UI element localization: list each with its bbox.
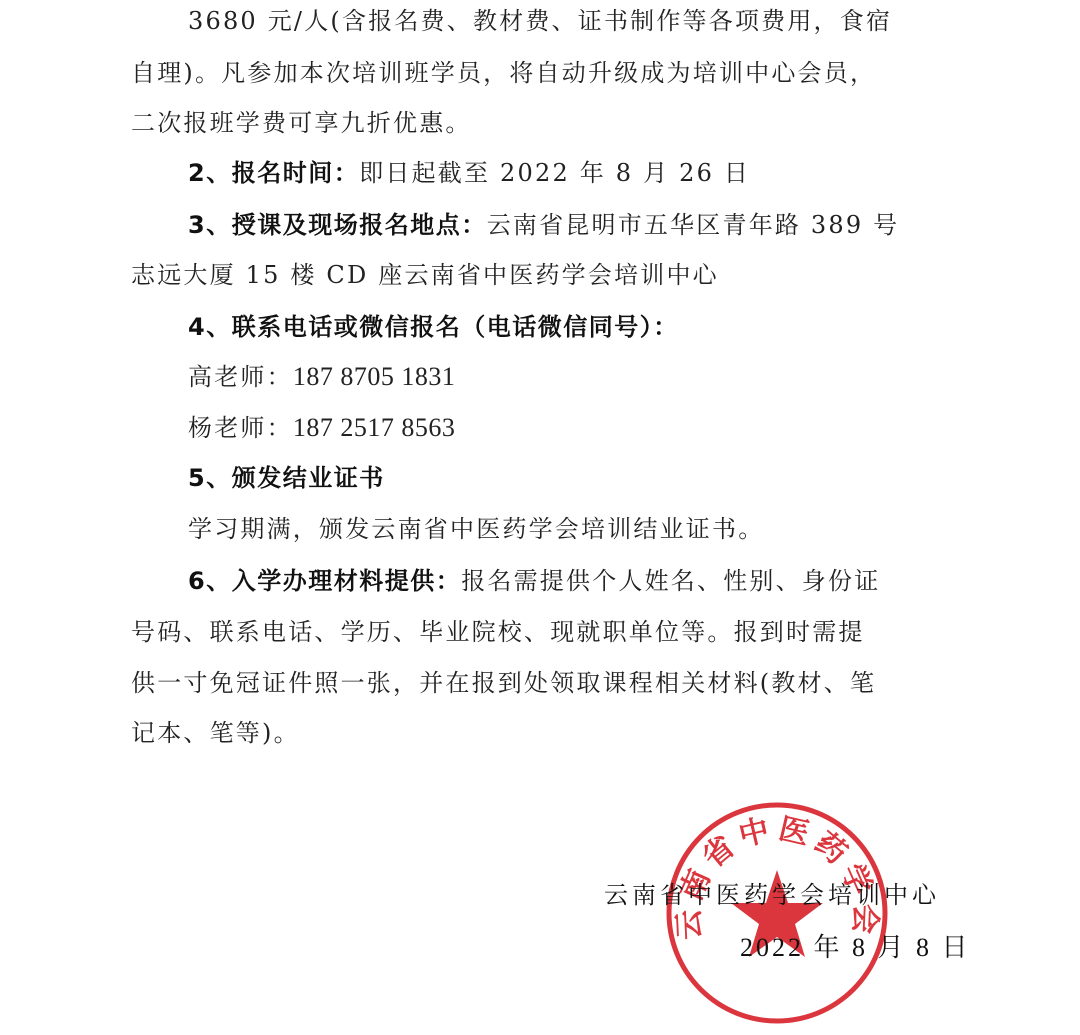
- signature-date: 2022 年 8 月 8 日: [740, 933, 971, 963]
- certificate-value: 学习期满，颁发云南省中医药学会培训结业证书。: [188, 514, 764, 544]
- location-value-line-1: 云南省昆明市五华区青年路 389 号: [487, 211, 900, 239]
- fee-line-1: 3680 元/人(含报名费、教材费、证书制作等各项费用，食宿: [188, 6, 892, 36]
- signature-organization: 云南省中医药学会培训中心: [604, 880, 940, 910]
- document-page: 3680 元/人(含报名费、教材费、证书制作等各项费用，食宿 自理)。凡参加本次…: [0, 0, 1080, 1035]
- official-seal-stamp: 云南省中医药学会: [664, 800, 890, 1026]
- registration-time-label: 2、报名时间：: [188, 159, 359, 187]
- contact-label: 4、联系电话或微信报名（电话微信同号）：: [188, 312, 679, 342]
- contact-row: 杨老师：187 2517 8563: [188, 413, 455, 443]
- materials-value-line-1: 报名需提供个人姓名、性别、身份证: [461, 567, 880, 595]
- fee-line-2: 自理)。凡参加本次培训班学员，将自动升级成为培训中心会员，: [131, 58, 876, 88]
- location-value-line-2: 志远大厦 15 楼 CD 座云南省中医药学会培训中心: [131, 260, 719, 290]
- materials-value-line-4: 记本、笔等)。: [131, 718, 300, 748]
- materials: 6、入学办理材料提供：报名需提供个人姓名、性别、身份证: [188, 566, 880, 596]
- registration-time: 2、报名时间：即日起截至 2022 年 8 月 26 日: [188, 158, 750, 188]
- fee-line-3: 二次报班学费可享九折优惠。: [131, 108, 472, 138]
- location-label: 3、授课及现场报名地点：: [188, 211, 487, 239]
- contact-name: 杨老师：: [188, 414, 293, 442]
- location: 3、授课及现场报名地点：云南省昆明市五华区青年路 389 号: [188, 210, 899, 240]
- contact-phone: 187 2517 8563: [293, 413, 456, 442]
- materials-value-line-3: 供一寸免冠证件照一张，并在报到处领取课程相关材料(教材、笔: [131, 668, 876, 698]
- contact-row: 高老师：187 8705 1831: [188, 362, 455, 392]
- contact-phone: 187 8705 1831: [293, 362, 456, 391]
- registration-time-value: 即日起截至 2022 年 8 月 26 日: [359, 159, 750, 187]
- materials-value-line-2: 号码、联系电话、学历、毕业院校、现就职单位等。报到时需提: [131, 617, 865, 647]
- materials-label: 6、入学办理材料提供：: [188, 567, 461, 595]
- certificate-label: 5、颁发结业证书: [188, 463, 385, 493]
- contact-name: 高老师：: [188, 363, 293, 391]
